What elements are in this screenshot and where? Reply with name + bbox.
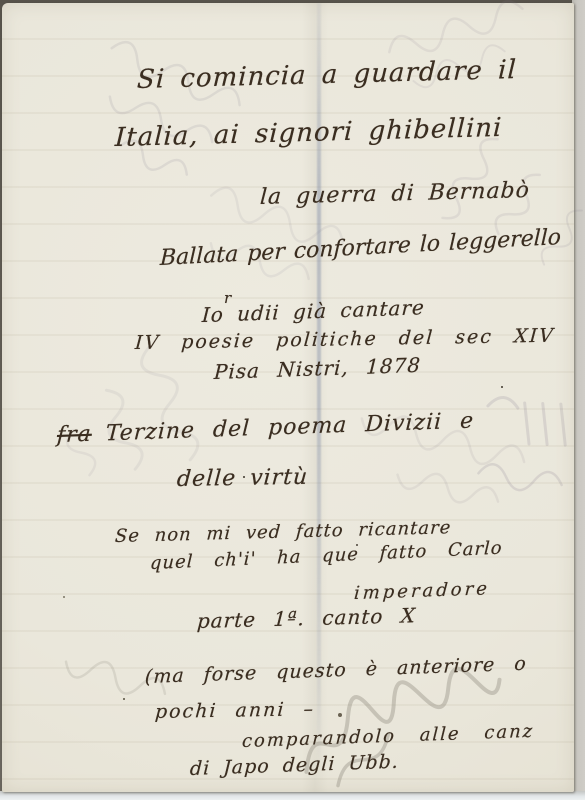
handwritten-line-15: pochi anni – — [154, 698, 316, 723]
scan-background-bottom-edge — [0, 791, 585, 800]
manuscript-scan: Si comincia a guardare il Italia, ai sig… — [0, 0, 585, 800]
handwritten-line-9: delle virtù — [176, 465, 309, 492]
paper-page: Si comincia a guardare il Italia, ai sig… — [2, 3, 574, 792]
struck-out-word: fra — [56, 422, 92, 448]
